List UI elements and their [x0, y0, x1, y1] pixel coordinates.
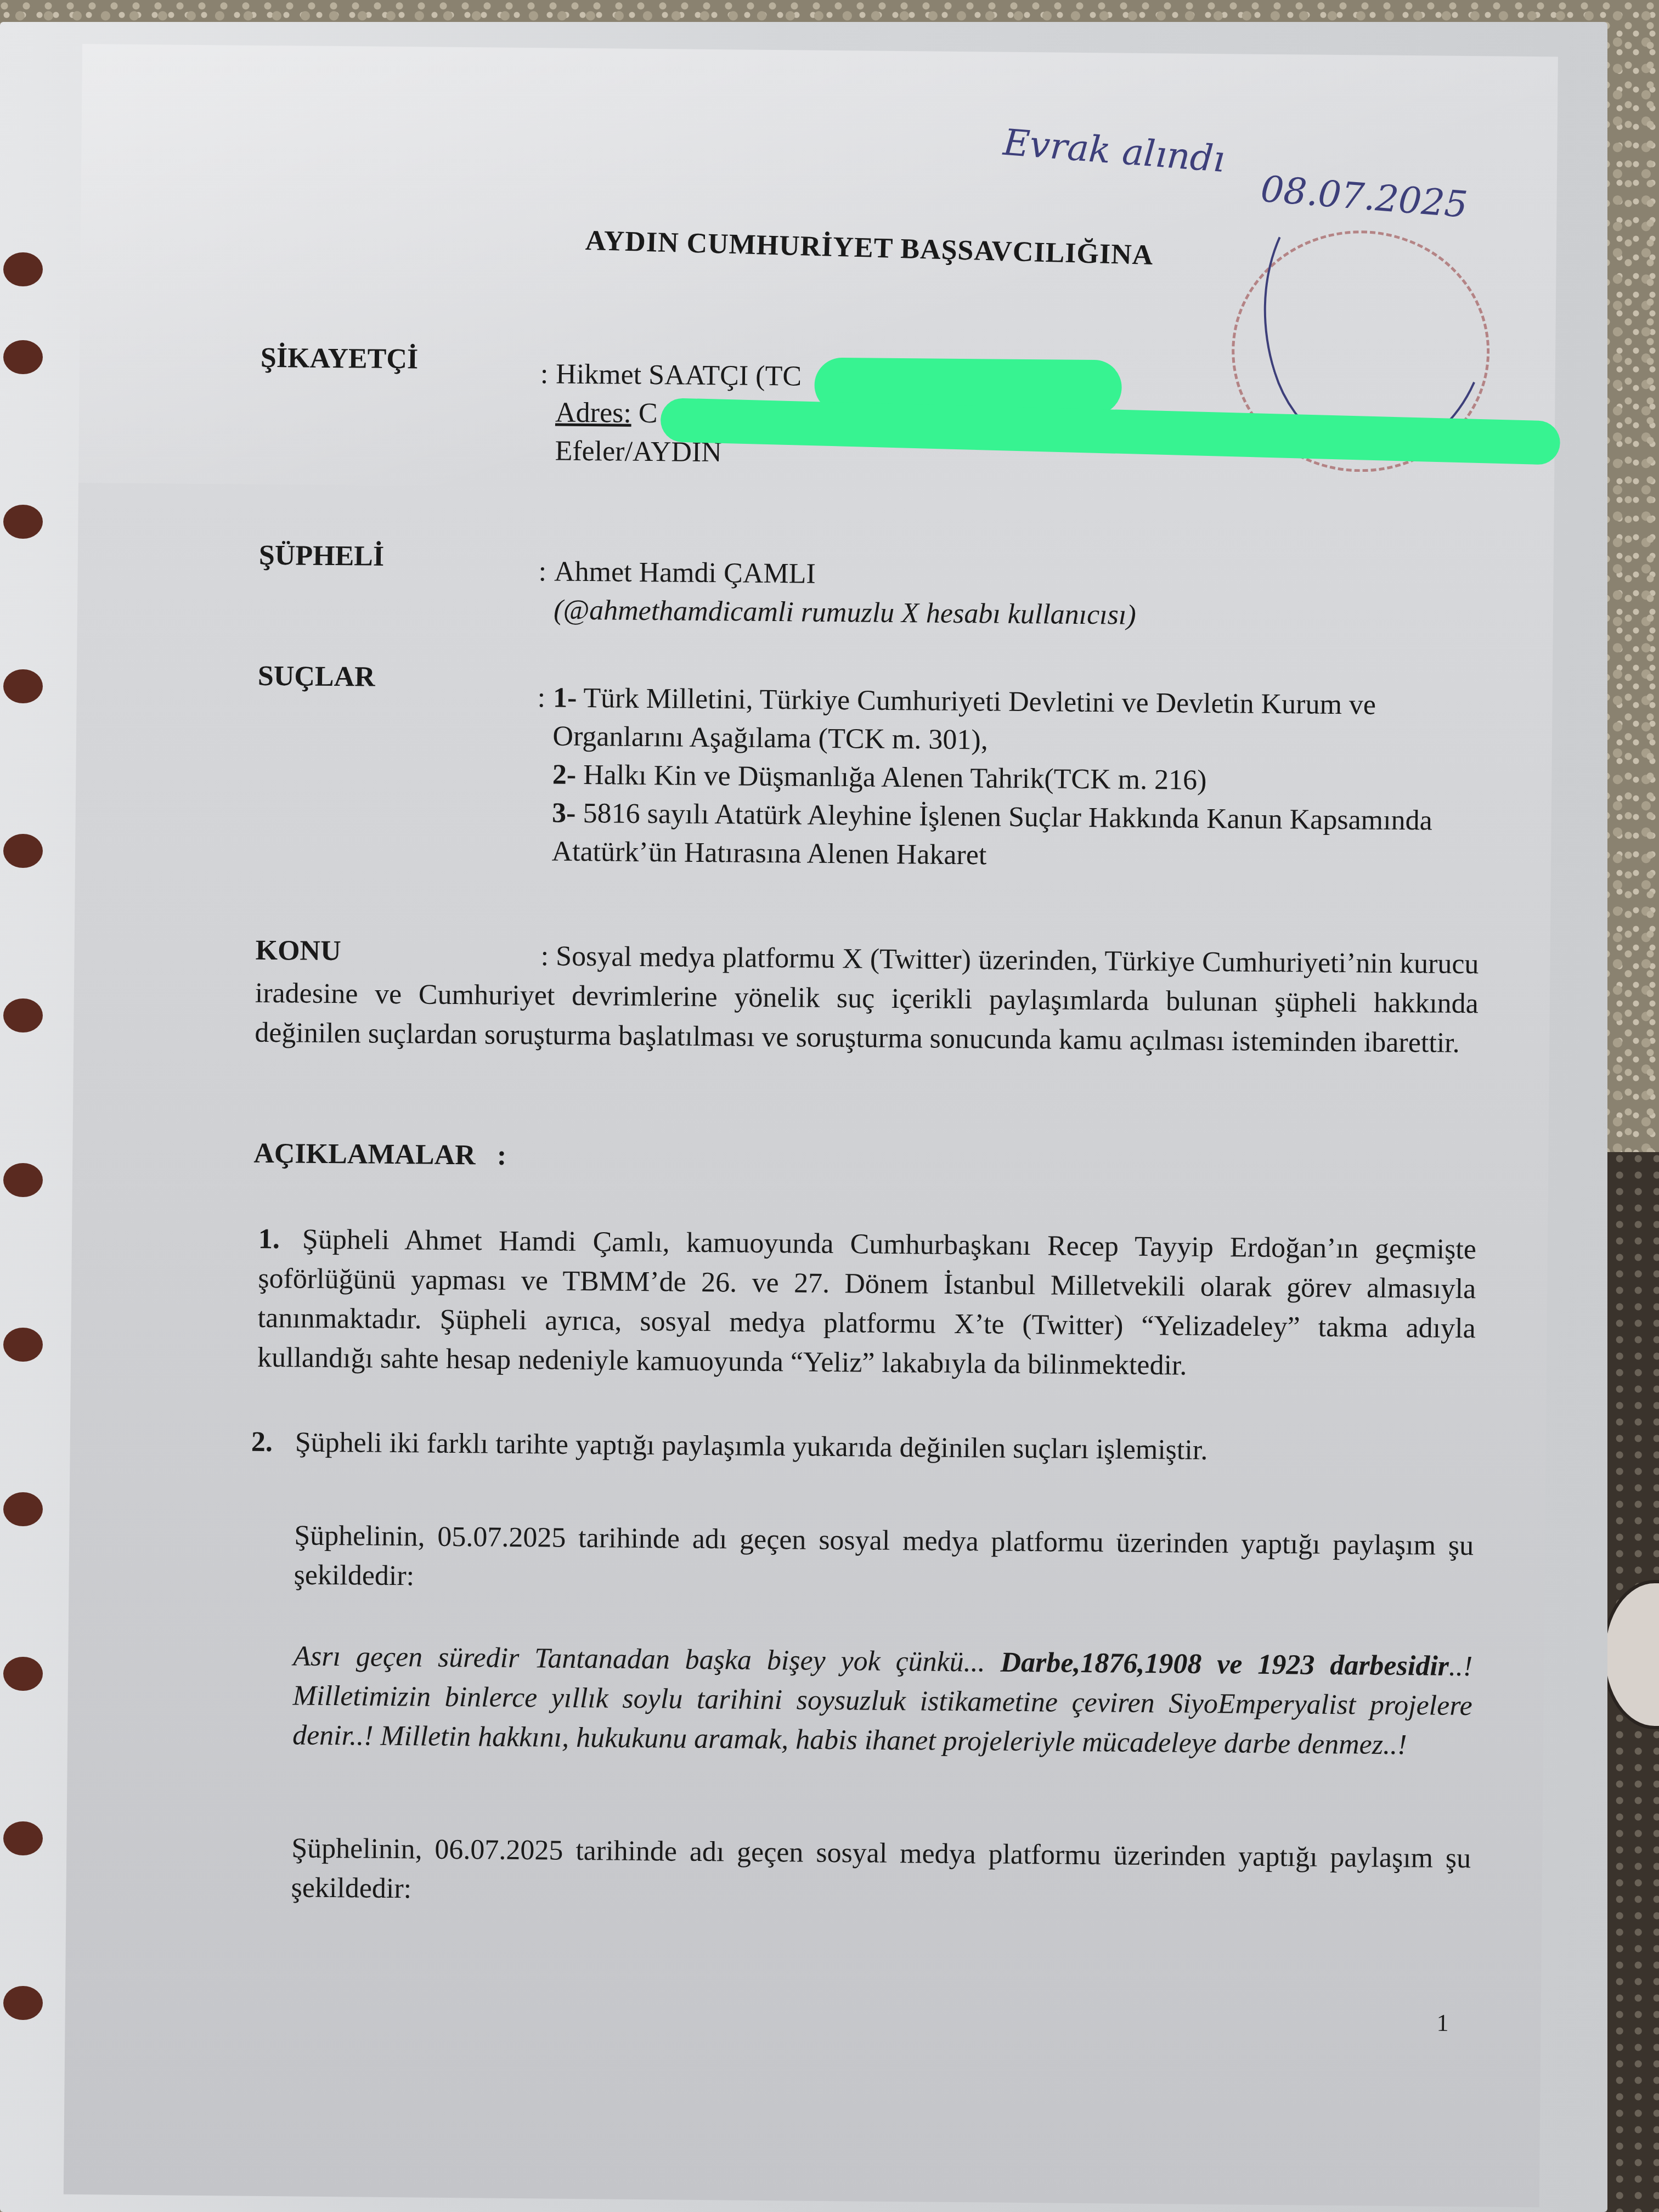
address-value: C: [639, 398, 658, 429]
document-title: AYDIN CUMHURİYET BAŞSAVCILIĞINA: [585, 224, 1154, 272]
subject-text: : Sosyal medya platformu X (Twitter) üze…: [255, 934, 1479, 1063]
binder-hole: [3, 1163, 43, 1197]
page-number: 1: [1436, 2009, 1448, 2037]
suspect-name: Ahmet Hamdi ÇAMLI: [554, 556, 816, 590]
suspect-value: :Ahmet Hamdi ÇAMLI (@ahmethamdicamli rum…: [538, 552, 1137, 635]
post2-intro: Şüphelinin, 06.07.2025 tarihinde adı geç…: [291, 1829, 1471, 1918]
explanations-label: AÇIKLAMALAR :: [253, 1137, 506, 1172]
crime-item: 1- Türk Milletini, Türkiye Cumhuriyeti D…: [552, 679, 1470, 764]
handwritten-received-note: Evrak alındı: [1002, 121, 1227, 181]
binder-hole: [3, 1986, 43, 2020]
binder-hole: [3, 340, 43, 374]
suspect-label: ŞÜPHELİ: [259, 539, 385, 573]
explanation-item-2: 2.Şüpheli iki farklı tarihte yaptığı pay…: [251, 1423, 1475, 1472]
crimes-label: SUÇLAR: [258, 660, 375, 693]
crimes-list: : 1- Türk Milletini, Türkiye Cumhuriyeti…: [536, 679, 1470, 879]
address-label: Adres:: [555, 397, 631, 429]
suspect-handle: (@ahmethamdicamli rumuzlu X hesabı kulla…: [554, 591, 1136, 635]
post1-intro: Şüphelinin, 05.07.2025 tarihinde adı geç…: [294, 1516, 1474, 1605]
explanation-item-1: 1.Şüpheli Ahmet Hamdi Çamlı, kamuoyunda …: [257, 1220, 1476, 1388]
document-page: Evrak alındı 08.07.2025 AYDIN CUMHURİYET…: [64, 44, 1558, 2207]
complainant-name: Hikmet SAATÇI (TC: [556, 359, 802, 392]
binder-hole: [3, 1328, 43, 1362]
binder-hole: [3, 1821, 43, 1855]
crime-item: 3- 5816 sayılı Atatürk Aleyhine İşlenen …: [551, 794, 1469, 879]
post1-quote: Asrı geçen süredir Tantanadan başka bişe…: [292, 1637, 1473, 1765]
complainant-label: ŞİKAYETÇİ: [261, 342, 419, 376]
binder-hole: [3, 998, 43, 1032]
binder-hole: [3, 1657, 43, 1691]
binder-hole: [3, 669, 43, 703]
binder-hole: [3, 505, 43, 539]
binder-hole: [3, 834, 43, 868]
binder-hole: [3, 1492, 43, 1526]
binder-hole: [3, 252, 43, 286]
